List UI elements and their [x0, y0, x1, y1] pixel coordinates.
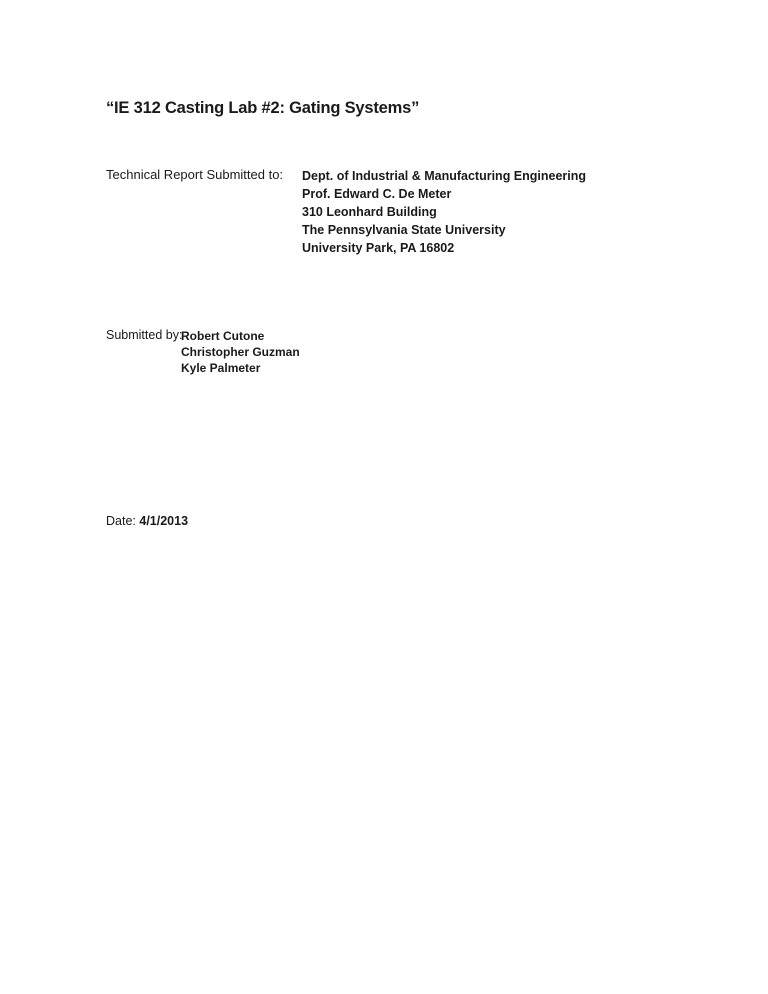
- recipient-university: The Pennsylvania State University: [302, 221, 586, 239]
- document-page: “IE 312 Casting Lab #2: Gating Systems” …: [0, 0, 768, 994]
- recipient-professor: Prof. Edward C. De Meter: [302, 185, 586, 203]
- recipient-city: University Park, PA 16802: [302, 239, 586, 257]
- author-name: Robert Cutone: [181, 328, 300, 344]
- report-title: “IE 312 Casting Lab #2: Gating Systems”: [106, 99, 419, 118]
- date-label: Date:: [106, 514, 136, 528]
- recipient-department: Dept. of Industrial & Manufacturing Engi…: [302, 167, 586, 185]
- author-list: Robert Cutone Christopher Guzman Kyle Pa…: [181, 328, 300, 376]
- recipient-building: 310 Leonhard Building: [302, 203, 586, 221]
- submitted-to-label: Technical Report Submitted to:: [106, 167, 283, 182]
- author-name: Kyle Palmeter: [181, 360, 300, 376]
- date-value: 4/1/2013: [139, 514, 188, 528]
- recipient-address: Dept. of Industrial & Manufacturing Engi…: [302, 167, 586, 257]
- author-name: Christopher Guzman: [181, 344, 300, 360]
- submitted-by-label: Submitted by:: [106, 328, 182, 342]
- date-line: Date: 4/1/2013: [106, 514, 188, 528]
